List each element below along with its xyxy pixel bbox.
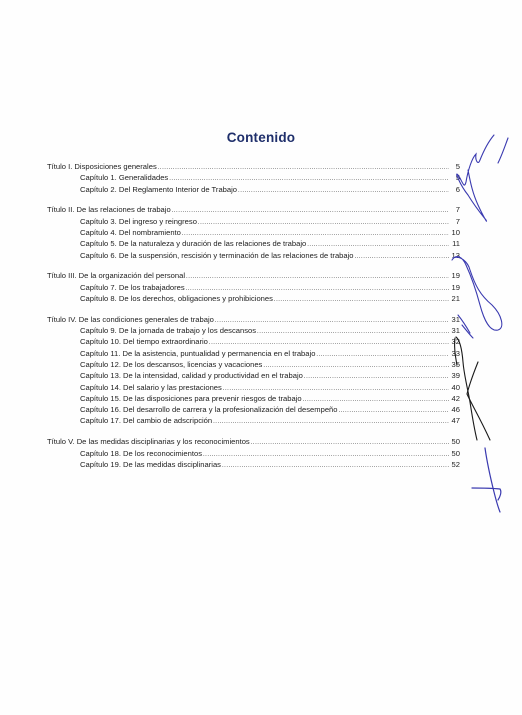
toc-chapter-entry-label: Capítulo 18. De los reconocimientos (80, 448, 202, 459)
toc-chapter-entry[interactable]: Capítulo 11. De la asistencia, puntualid… (47, 348, 460, 359)
toc-title-entry-label: Título III. De la organización del perso… (47, 270, 185, 281)
toc-chapter-entry-page-number: 35 (450, 359, 460, 370)
toc-section: Título I. Disposiciones generales5Capítu… (47, 161, 460, 195)
toc-chapter-entry[interactable]: Capítulo 3. Del ingreso y reingreso7 (47, 216, 460, 227)
toc-chapter-entry-label: Capítulo 12. De los descansos, licencias… (80, 359, 262, 370)
toc-title-entry-label: Título I. Disposiciones generales (47, 161, 157, 172)
toc-title-entry-page-number: 31 (450, 314, 460, 325)
toc-title-entry[interactable]: Título III. De la organización del perso… (47, 270, 460, 281)
toc-chapter-entry[interactable]: Capítulo 18. De los reconocimientos50 (47, 448, 460, 459)
toc-title-entry[interactable]: Título II. De las relaciones de trabajo7 (47, 204, 460, 215)
toc-chapter-entry-label: Capítulo 15. De las disposiciones para p… (80, 393, 302, 404)
signature-blue-lower-icon (472, 448, 501, 512)
toc-chapter-entry-label: Capítulo 5. De la naturaleza y duración … (80, 238, 306, 249)
page-title: Contenido (0, 130, 522, 145)
dot-leader (213, 415, 449, 428)
toc-chapter-entry-page-number: 52 (450, 459, 460, 470)
toc-chapter-entry-label: Capítulo 8. De los derechos, obligacione… (80, 293, 273, 304)
toc-chapter-entry-label: Capítulo 14. Del salario y las prestacio… (80, 382, 222, 393)
toc-section: Título IV. De las condiciones generales … (47, 314, 460, 427)
toc-title-entry-label: Título V. De las medidas disciplinarias … (47, 436, 250, 447)
dot-leader (222, 459, 449, 472)
toc-chapter-entry-label: Capítulo 10. Del tiempo extraordinario (80, 336, 208, 347)
toc-chapter-entry-page-number: 10 (450, 227, 460, 238)
toc-chapter-entry-label: Capítulo 11. De la asistencia, puntualid… (80, 348, 315, 359)
toc-chapter-entry[interactable]: Capítulo 4. Del nombramiento10 (47, 227, 460, 238)
toc-chapter-entry-label: Capítulo 16. Del desarrollo de carrera y… (80, 404, 338, 415)
dot-leader (274, 293, 449, 306)
toc-chapter-entry[interactable]: Capítulo 9. De la jornada de trabajo y l… (47, 325, 460, 336)
toc-chapter-entry-page-number: 11 (450, 238, 460, 249)
toc-chapter-entry-label: Capítulo 1. Generalidades (80, 172, 168, 183)
toc-chapter-entry[interactable]: Capítulo 5. De la naturaleza y duración … (47, 238, 460, 249)
toc-section: Título V. De las medidas disciplinarias … (47, 436, 460, 470)
toc-title-entry[interactable]: Título IV. De las condiciones generales … (47, 314, 460, 325)
toc-chapter-entry[interactable]: Capítulo 7. De los trabajadores19 (47, 282, 460, 293)
toc-chapter-entry[interactable]: Capítulo 12. De los descansos, licencias… (47, 359, 460, 370)
toc-chapter-entry[interactable]: Capítulo 16. Del desarrollo de carrera y… (47, 404, 460, 415)
document-page: Contenido Título I. Disposiciones genera… (0, 0, 522, 715)
toc-title-entry-page-number: 19 (450, 270, 460, 281)
toc-chapter-entry-page-number: 13 (450, 250, 460, 261)
toc-chapter-entry-page-number: 19 (450, 282, 460, 293)
toc-title-entry-page-number: 50 (450, 436, 460, 447)
toc-section: Título III. De la organización del perso… (47, 270, 460, 304)
toc-chapter-entry-page-number: 21 (450, 293, 460, 304)
toc-title-entry-page-number: 5 (450, 161, 460, 172)
toc-chapter-entry-page-number: 47 (450, 415, 460, 426)
toc-chapter-entry-page-number: 31 (450, 325, 460, 336)
toc-chapter-entry-page-number: 40 (450, 382, 460, 393)
toc-chapter-entry[interactable]: Capítulo 10. Del tiempo extraordinario32 (47, 336, 460, 347)
toc-chapter-entry[interactable]: Capítulo 2. Del Reglamento Interior de T… (47, 184, 460, 195)
toc-chapter-entry-page-number: 46 (450, 404, 460, 415)
toc-chapter-entry[interactable]: Capítulo 15. De las disposiciones para p… (47, 393, 460, 404)
toc-chapter-entry[interactable]: Capítulo 6. De la suspensión, rescisión … (47, 250, 460, 261)
toc-chapter-entry-label: Capítulo 17. Del cambio de adscripción (80, 415, 212, 426)
signature-blue-upper-icon (457, 135, 508, 221)
toc-chapter-entry-page-number: 6 (450, 184, 460, 195)
dot-leader (238, 184, 449, 197)
dot-leader (355, 250, 449, 263)
toc-title-entry-label: Título II. De las relaciones de trabajo (47, 204, 171, 215)
toc-chapter-entry[interactable]: Capítulo 13. De la intensidad, calidad y… (47, 370, 460, 381)
toc-chapter-entry-label: Capítulo 3. Del ingreso y reingreso (80, 216, 197, 227)
toc-chapter-entry-page-number: 33 (450, 348, 460, 359)
toc-chapter-entry-page-number: 7 (450, 216, 460, 227)
toc-chapter-entry-label: Capítulo 9. De la jornada de trabajo y l… (80, 325, 256, 336)
toc-chapter-entry[interactable]: Capítulo 19. De las medidas disciplinari… (47, 459, 460, 470)
toc-chapter-entry-label: Capítulo 4. Del nombramiento (80, 227, 181, 238)
toc-chapter-entry-page-number: 39 (450, 370, 460, 381)
toc-chapter-entry-label: Capítulo 13. De la intensidad, calidad y… (80, 370, 303, 381)
toc-chapter-entry-label: Capítulo 7. De los trabajadores (80, 282, 185, 293)
toc-chapter-entry-page-number: 5 (450, 172, 460, 183)
toc-section: Título II. De las relaciones de trabajo7… (47, 204, 460, 260)
toc-title-entry-label: Título IV. De las condiciones generales … (47, 314, 214, 325)
toc-chapter-entry[interactable]: Capítulo 1. Generalidades5 (47, 172, 460, 183)
toc-chapter-entry-page-number: 42 (450, 393, 460, 404)
toc-chapter-entry-page-number: 50 (450, 448, 460, 459)
toc-chapter-entry[interactable]: Capítulo 14. Del salario y las prestacio… (47, 382, 460, 393)
toc-title-entry-page-number: 7 (450, 204, 460, 215)
toc-chapter-entry-label: Capítulo 2. Del Reglamento Interior de T… (80, 184, 237, 195)
toc-chapter-entry-page-number: 32 (450, 336, 460, 347)
toc-chapter-entry-label: Capítulo 6. De la suspensión, rescisión … (80, 250, 354, 261)
table-of-contents: Título I. Disposiciones generales5Capítu… (47, 161, 460, 480)
toc-title-entry[interactable]: Título V. De las medidas disciplinarias … (47, 436, 460, 447)
toc-title-entry[interactable]: Título I. Disposiciones generales5 (47, 161, 460, 172)
toc-chapter-entry-label: Capítulo 19. De las medidas disciplinari… (80, 459, 221, 470)
toc-chapter-entry[interactable]: Capítulo 17. Del cambio de adscripción47 (47, 415, 460, 426)
toc-chapter-entry[interactable]: Capítulo 8. De los derechos, obligacione… (47, 293, 460, 304)
